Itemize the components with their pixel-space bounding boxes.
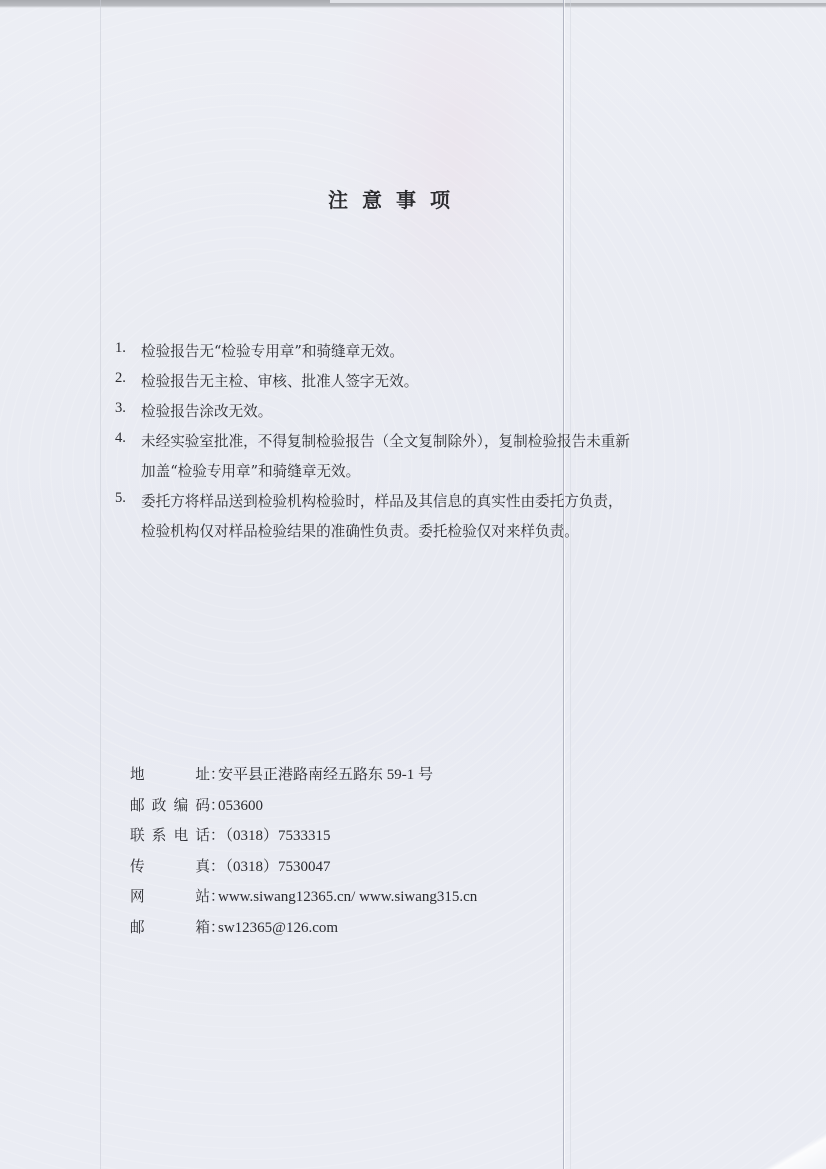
note-item-1: 1. 检验报告无“检验专用章”和骑缝章无效。 <box>112 340 612 370</box>
note-text: 检验报告无主检、审核、批准人签字无效。 <box>141 370 612 400</box>
email-value: sw12365@126.com <box>218 917 338 948</box>
note-number: 4. <box>112 430 141 447</box>
label-char: 传 <box>130 856 145 887</box>
label-colon: ： <box>210 856 218 887</box>
label-char: 电 <box>174 825 189 856</box>
contact-label: 邮 政 编 码 <box>130 795 210 826</box>
contact-label: 地 址 <box>130 764 210 795</box>
label-colon: ： <box>210 764 218 795</box>
contact-label: 网 站 <box>130 886 210 917</box>
note-number: 1. <box>112 340 141 357</box>
label-char: 系 <box>152 825 167 856</box>
note-text-continued: 加盖“检验专用章”和骑缝章无效。 <box>141 460 630 490</box>
scan-top-edge-highlight <box>330 0 826 3</box>
contact-phone: 联 系 电 话 ： （0318）7533315 <box>130 825 477 856</box>
label-char: 编 <box>174 795 189 826</box>
address-value: 安平县正港路南经五路东 59-1 号 <box>218 764 433 795</box>
note-text: 检验报告无“检验专用章”和骑缝章无效。 <box>141 340 612 370</box>
note-text-continued: 检验机构仅对样品检验结果的准确性负责。委托检验仅对来样负责。 <box>141 520 623 550</box>
contact-label: 传 真 <box>130 856 210 887</box>
contact-info-block: 地 址 ： 安平县正港路南经五路东 59-1 号 邮 政 编 码 ： 05360… <box>130 764 477 947</box>
label-colon: ： <box>210 917 218 948</box>
page-corner-curl <box>756 1129 826 1169</box>
contact-email: 邮 箱 ： sw12365@126.com <box>130 917 477 948</box>
note-number: 2. <box>112 370 141 387</box>
contact-address: 地 址 ： 安平县正港路南经五路东 59-1 号 <box>130 764 477 795</box>
note-item-4: 4. 未经实验室批准，不得复制检验报告（全文复制除外），复制检验报告未重新 加盖… <box>112 430 612 490</box>
label-colon: ： <box>210 825 218 856</box>
notes-list: 1. 检验报告无“检验专用章”和骑缝章无效。 2. 检验报告无主检、审核、批准人… <box>112 340 612 550</box>
fax-value: （0318）7530047 <box>218 856 331 887</box>
label-char: 邮 <box>130 917 145 948</box>
label-char: 真 <box>195 856 210 887</box>
label-char: 箱 <box>195 917 210 948</box>
contact-label: 联 系 电 话 <box>130 825 210 856</box>
website-value: www.siwang12365.cn/ www.siwang315.cn <box>218 886 477 917</box>
label-char: 邮 <box>130 795 145 826</box>
label-char: 网 <box>130 886 145 917</box>
note-text: 未经实验室批准，不得复制检验报告（全文复制除外），复制检验报告未重新 <box>141 430 630 460</box>
postcode-value: 053600 <box>218 795 263 826</box>
fold-line-right <box>563 0 564 1169</box>
label-char: 话 <box>195 825 210 856</box>
label-char: 码 <box>195 795 210 826</box>
note-item-5: 5. 委托方将样品送到检验机构检验时，样品及其信息的真实性由委托方负责， 检验机… <box>112 490 612 550</box>
label-colon: ： <box>210 886 218 917</box>
note-item-2: 2. 检验报告无主检、审核、批准人签字无效。 <box>112 370 612 400</box>
label-char: 站 <box>195 886 210 917</box>
scanned-page-background <box>0 0 826 1169</box>
page-title: 注意事项 <box>0 184 792 213</box>
contact-label: 邮 箱 <box>130 917 210 948</box>
note-item-3: 3. 检验报告涂改无效。 <box>112 400 612 430</box>
note-number: 5. <box>112 490 141 507</box>
label-char: 址 <box>195 764 210 795</box>
label-char: 地 <box>130 764 145 795</box>
contact-website: 网 站 ： www.siwang12365.cn/ www.siwang315.… <box>130 886 477 917</box>
note-text: 检验报告涂改无效。 <box>141 400 612 430</box>
label-colon: ： <box>210 795 218 826</box>
phone-value: （0318）7533315 <box>218 825 331 856</box>
label-char: 联 <box>130 825 145 856</box>
note-number: 3. <box>112 400 141 417</box>
contact-fax: 传 真 ： （0318）7530047 <box>130 856 477 887</box>
fold-line-left <box>100 0 101 1169</box>
note-text: 委托方将样品送到检验机构检验时，样品及其信息的真实性由委托方负责， <box>141 490 623 520</box>
label-char: 政 <box>152 795 167 826</box>
contact-postcode: 邮 政 编 码 ： 053600 <box>130 795 477 826</box>
